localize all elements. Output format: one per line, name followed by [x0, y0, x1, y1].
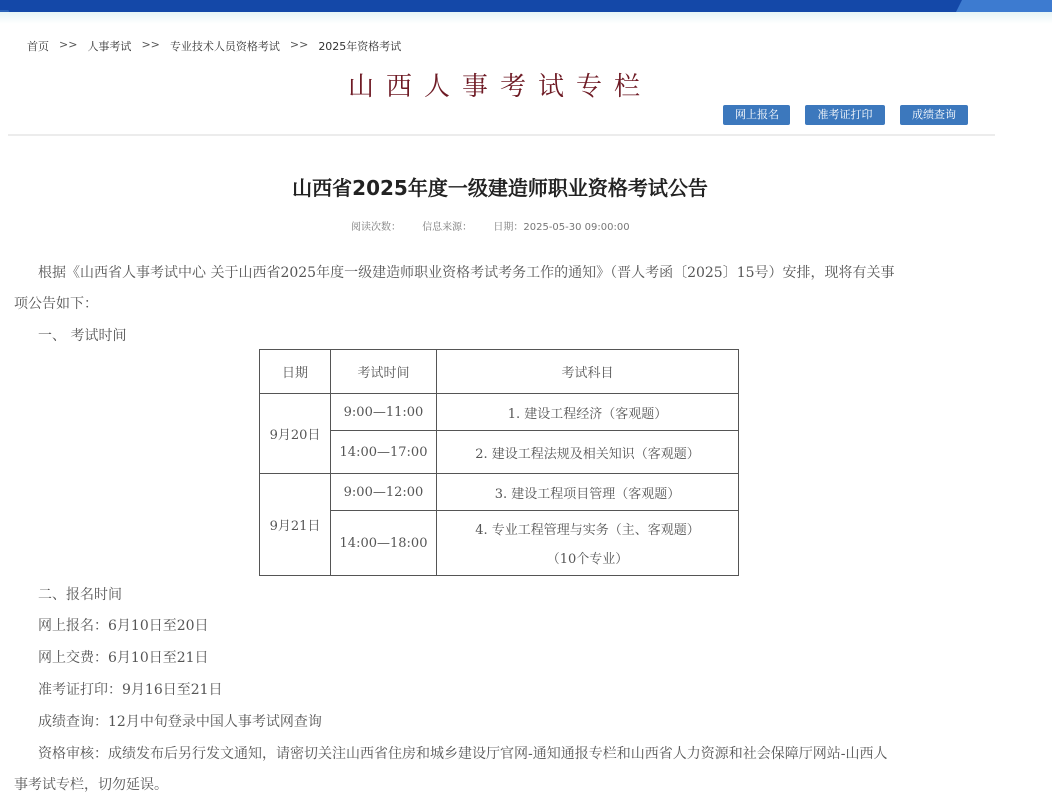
section2-heading: 二、报名时间: [38, 584, 122, 604]
breadcrumb-2025-exam[interactable]: 2025年资格考试: [318, 38, 401, 54]
table-header-row: 日期 考试时间 考试科目: [260, 350, 739, 394]
subject-cell: 2. 建设工程法规及相关知识（客观题）: [437, 431, 739, 474]
article-meta: 阅读次数： 信息来源： 日期：2025-05-30 09:00:00: [351, 218, 630, 233]
date-value: 2025-05-30 09:00:00: [523, 222, 629, 233]
breadcrumb: 首页 >> 人事考试 >> 专业技术人员资格考试 >> 2025年资格考试: [27, 38, 401, 54]
header-date: 日期: [260, 350, 331, 394]
admit-card-period: 准考证打印：9月16日至21日: [38, 679, 223, 699]
quick-links: 网上报名 准考证打印 成绩查询: [723, 105, 968, 125]
breadcrumb-separator: >>: [141, 38, 159, 54]
time-cell: 14:00—17:00: [331, 431, 437, 474]
intro-paragraph-line2: 项公告如下：: [14, 293, 98, 313]
breadcrumb-professional-exam[interactable]: 专业技术人员资格考试: [170, 38, 280, 54]
registration-period: 网上报名：6月10日至20日: [38, 615, 209, 635]
online-registration-button[interactable]: 网上报名: [723, 105, 790, 125]
qualification-review-line1: 资格审核：成绩发布后另行发文通知，请密切关注山西省住房和城乡建设厅官网-通知通报…: [38, 743, 887, 763]
site-title: 山西人事考试专栏: [0, 66, 1000, 103]
time-cell: 14:00—18:00: [331, 511, 437, 576]
header-subject: 考试科目: [437, 350, 739, 394]
subject-line2: （10个专业）: [437, 548, 738, 567]
qualification-review-line2: 事考试专栏，切勿延误。: [14, 774, 168, 794]
subject-cell: 4. 专业工程管理与实务（主、客观题） （10个专业）: [437, 511, 739, 576]
breadcrumb-separator: >>: [290, 38, 308, 54]
table-row: 9月21日 9:00—12:00 3. 建设工程项目管理（客观题）: [260, 474, 739, 511]
date-label: 日期：: [493, 222, 523, 233]
subject-cell: 1. 建设工程经济（客观题）: [437, 394, 739, 431]
read-count: 阅读次数：: [351, 222, 401, 233]
section1-heading: 一、 考试时间: [38, 325, 126, 345]
time-cell: 9:00—11:00: [331, 394, 437, 431]
subject-cell: 3. 建设工程项目管理（客观题）: [437, 474, 739, 511]
article-title: 山西省2025年度一级建造师职业资格考试公告: [0, 172, 1000, 201]
header-divider: [8, 134, 995, 136]
exam-schedule-table: 日期 考试时间 考试科目 9月20日 9:00—11:00 1. 建设工程经济（…: [259, 349, 739, 576]
table-row: 14:00—17:00 2. 建设工程法规及相关知识（客观题）: [260, 431, 739, 474]
subject-line1: 4. 专业工程管理与实务（主、客观题）: [475, 523, 700, 538]
score-query-button[interactable]: 成绩查询: [900, 105, 968, 125]
intro-paragraph-line1: 根据《山西省人事考试中心 关于山西省2025年度一级建造师职业资格考试考务工作的…: [38, 262, 895, 282]
date-cell: 9月21日: [260, 474, 331, 576]
score-query-info: 成绩查询：12月中旬登录中国人事考试网查询: [38, 711, 322, 731]
payment-period: 网上交费：6月10日至21日: [38, 647, 209, 667]
admit-card-print-button[interactable]: 准考证打印: [805, 105, 885, 125]
breadcrumb-separator: >>: [59, 38, 77, 54]
time-cell: 9:00—12:00: [331, 474, 437, 511]
breadcrumb-personnel-exam[interactable]: 人事考试: [87, 38, 131, 54]
date-cell: 9月20日: [260, 394, 331, 474]
table-row: 14:00—18:00 4. 专业工程管理与实务（主、客观题） （10个专业）: [260, 511, 739, 576]
breadcrumb-home[interactable]: 首页: [27, 38, 49, 54]
info-source: 信息来源：: [422, 222, 472, 233]
banner-gradient: [0, 12, 1052, 24]
top-banner: [0, 0, 1052, 12]
header-time: 考试时间: [331, 350, 437, 394]
table-row: 9月20日 9:00—11:00 1. 建设工程经济（客观题）: [260, 394, 739, 431]
